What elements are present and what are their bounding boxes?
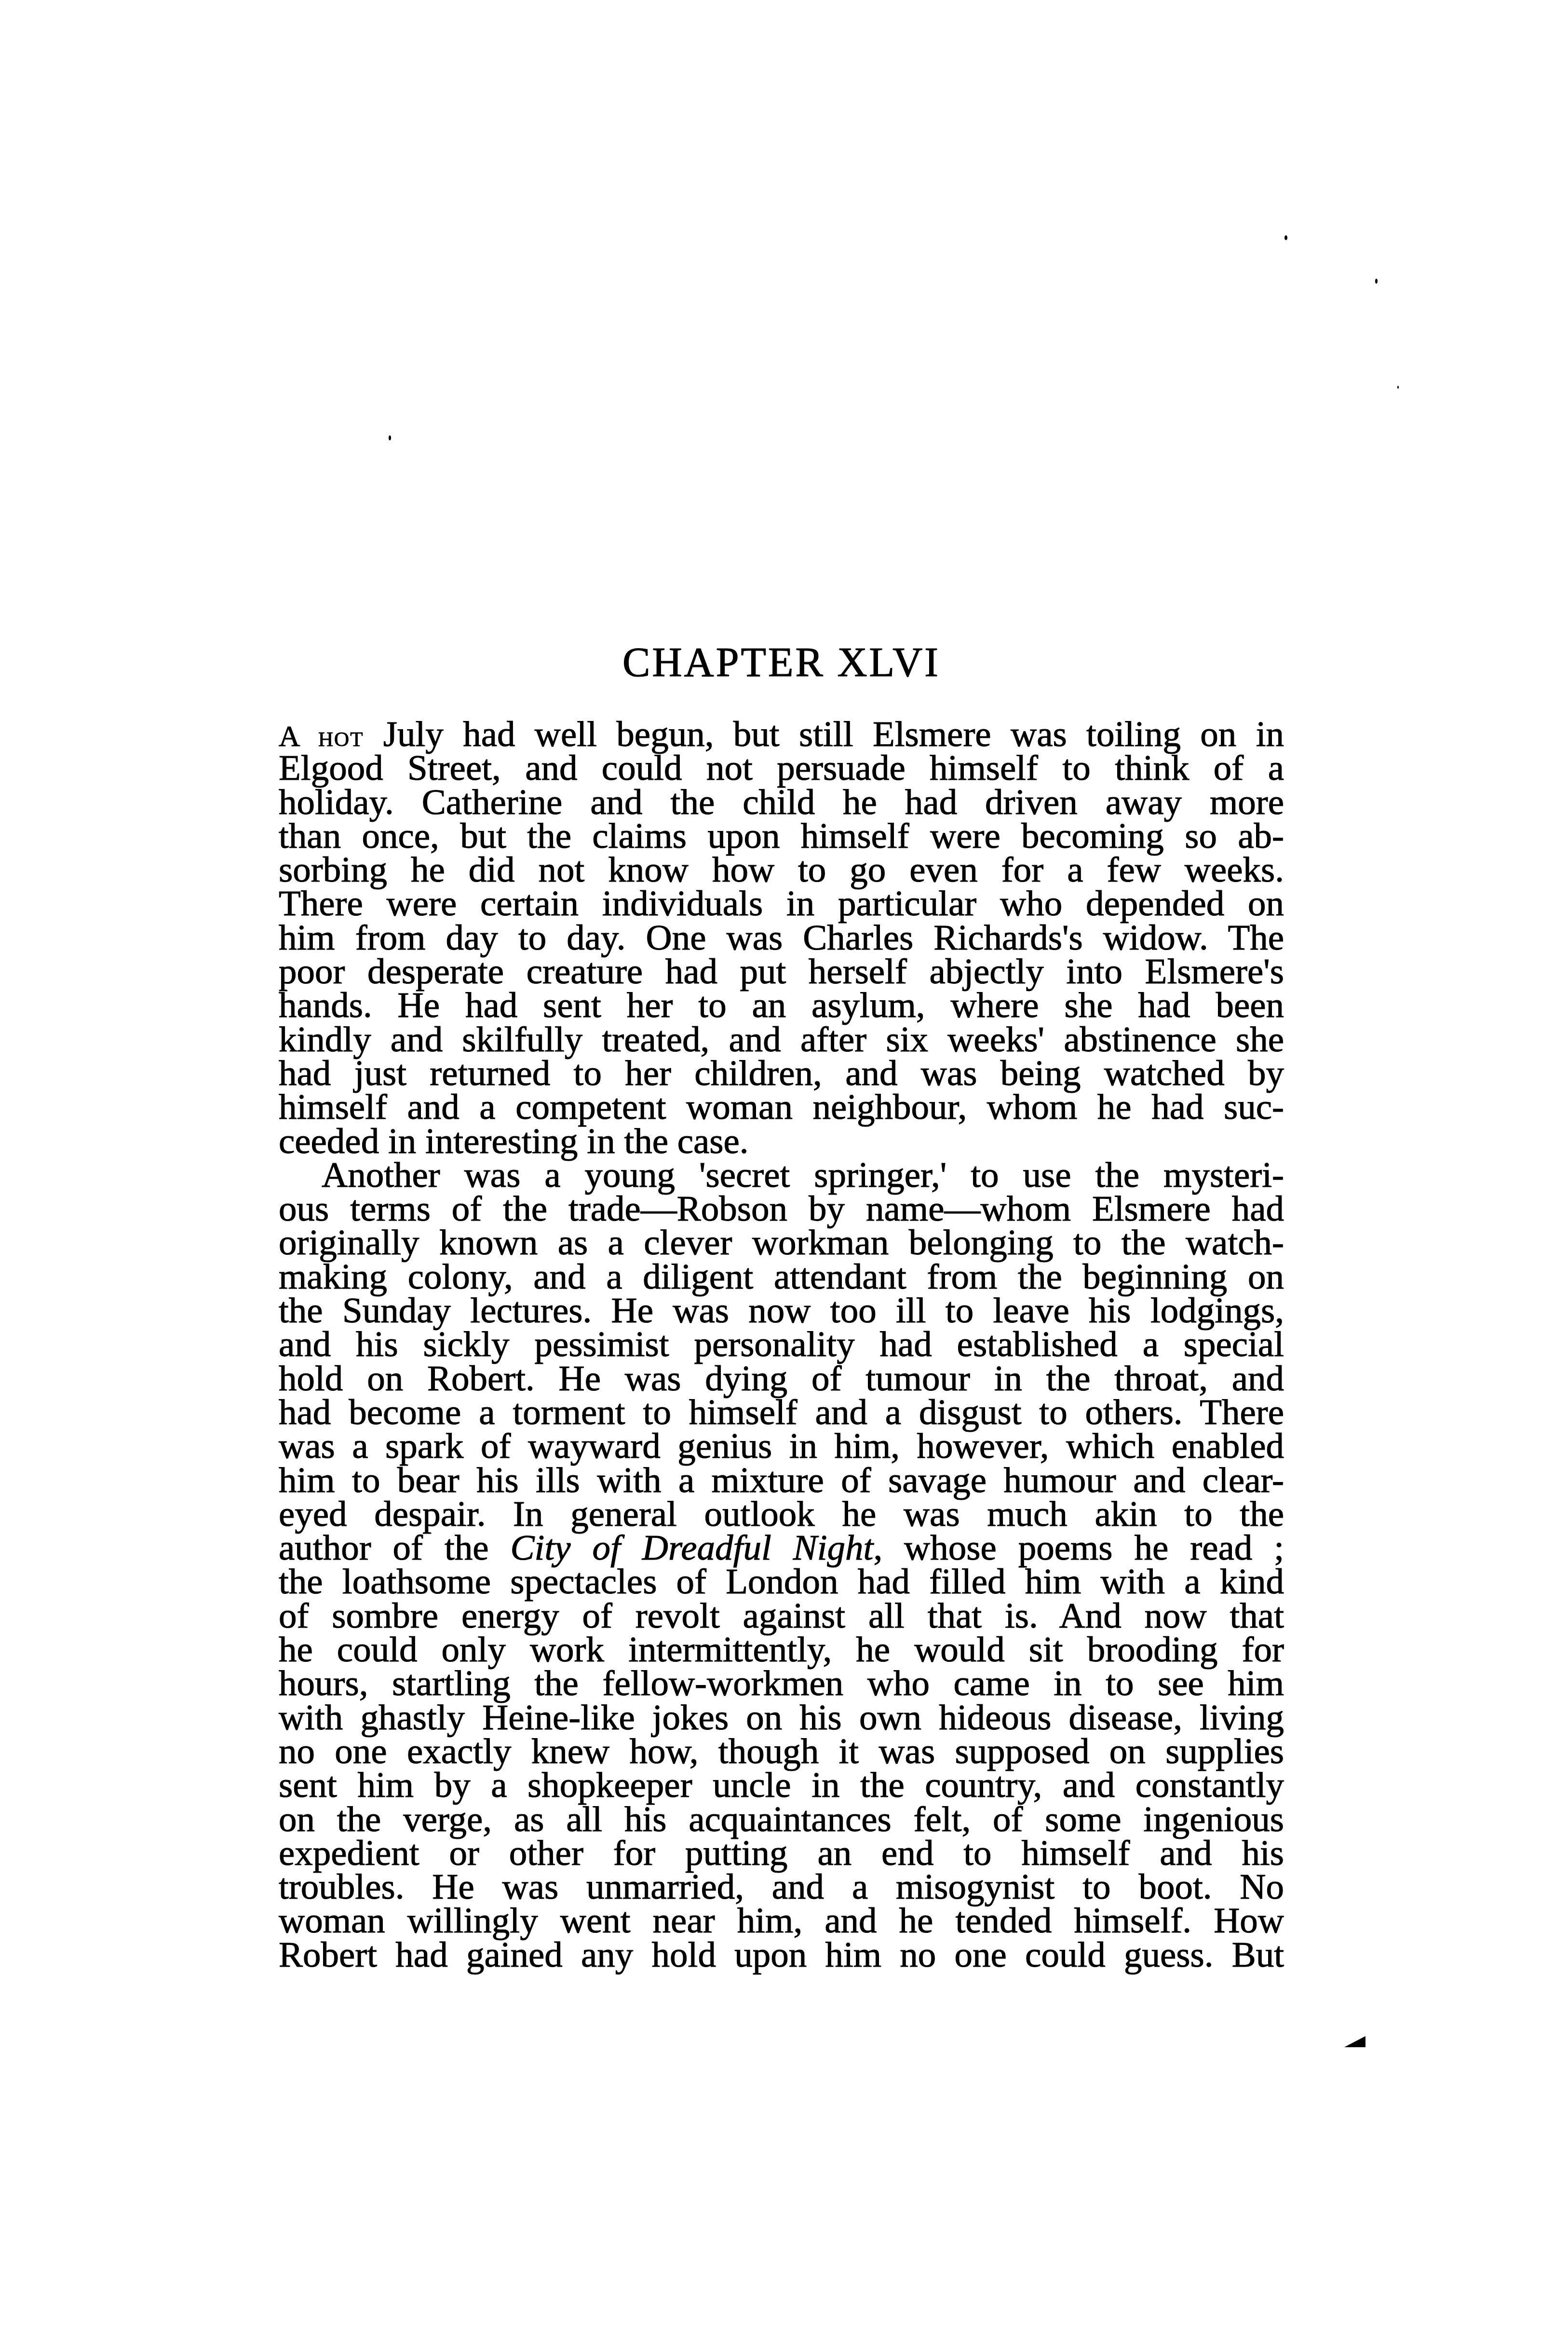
text-line: holiday. Catherine and the child he had … (279, 786, 1284, 819)
text-line: on the verge, as all his acquaintances f… (279, 1803, 1284, 1836)
text-line: than once, but the claims upon himself w… (279, 819, 1284, 853)
text-line: woman willingly went near him, and he te… (279, 1904, 1284, 1938)
text-line: ous terms of the trade—Robson by name—wh… (279, 1192, 1284, 1226)
text-line: troubles. He was unmarried, and a misogy… (279, 1870, 1284, 1904)
text-line: with ghastly Heine-like jokes on his own… (279, 1701, 1284, 1735)
text-line: sorbing he did not know how to go even f… (279, 853, 1284, 887)
text-line: Elgood Street, and could not persuade hi… (279, 751, 1284, 785)
text-line: A hot July had well begun, but still Els… (279, 718, 1284, 751)
text-line: hold on Robert. He was dying of tumour i… (279, 1362, 1284, 1396)
scan-speck (1284, 235, 1287, 240)
text-line: hands. He had sent her to an asylum, whe… (279, 989, 1284, 1022)
text-line: hours, startling the fellow-workmen who … (279, 1667, 1284, 1700)
text-line: him to bear his ills with a mixture of s… (279, 1464, 1284, 1497)
text-line: of sombre energy of revolt against all t… (279, 1599, 1284, 1633)
text-line: ceeded in interesting in the case. (279, 1125, 1284, 1158)
text-line: kindly and skilfully treated, and after … (279, 1023, 1284, 1057)
chapter-body: A hot July had well begun, but still Els… (279, 718, 1284, 1972)
text-line: sent him by a shopkeeper uncle in the co… (279, 1768, 1284, 1802)
scan-mark (1344, 2036, 1365, 2047)
text-line: Robert had gained any hold upon him no o… (279, 1938, 1284, 1972)
paragraph-2: Another was a young 'secret springer,' t… (279, 1158, 1284, 1972)
text-line: eyed despair. In general outlook he was … (279, 1497, 1284, 1531)
text-line: originally known as a clever workman bel… (279, 1226, 1284, 1260)
text-line: had become a torment to himself and a di… (279, 1396, 1284, 1429)
text-line: Another was a young 'secret springer,' t… (279, 1158, 1284, 1192)
book-page: CHAPTER XLVI A hot July had well begun, … (0, 0, 1568, 2352)
text-line: There were certain individuals in partic… (279, 887, 1284, 921)
text-line: was a spark of wayward genius in him, ho… (279, 1429, 1284, 1463)
text-line: the loathsome spectacles of London had f… (279, 1565, 1284, 1599)
text-line: making colony, and a diligent attendant … (279, 1260, 1284, 1294)
text-line: the Sunday lectures. He was now too ill … (279, 1294, 1284, 1328)
text-line: himself and a competent woman neighbour,… (279, 1090, 1284, 1124)
text-line: he could only work intermittently, he wo… (279, 1633, 1284, 1667)
text-line: poor desperate creature had put herself … (279, 955, 1284, 989)
text-line: expedient or other for putting an end to… (279, 1836, 1284, 1870)
text-line: had just returned to her children, and w… (279, 1057, 1284, 1090)
text-line: author of the City of Dreadful Night, wh… (279, 1531, 1284, 1565)
paragraph-1: A hot July had well begun, but still Els… (279, 718, 1284, 1158)
scan-speck (1375, 279, 1378, 284)
chapter-heading: CHAPTER XLVI (279, 641, 1284, 683)
text-line: and his sickly pessimist personality had… (279, 1328, 1284, 1361)
text-line: him from day to day. One was Charles Ric… (279, 921, 1284, 955)
scan-speck (389, 435, 391, 440)
text-line: no one exactly knew how, though it was s… (279, 1735, 1284, 1768)
scan-speck (1397, 386, 1399, 389)
